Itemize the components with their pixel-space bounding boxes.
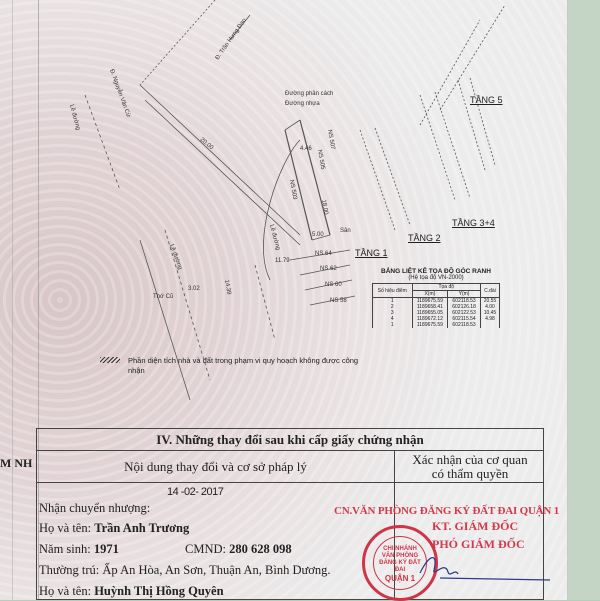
svg-text:Thớ Cũ: Thớ Cũ [153,294,173,300]
coordinate-table: BẢNG LIỆT KÊ TỌA ĐỘ GÓC RANH (Hệ tọa độ … [372,268,500,328]
svg-text:NS 505: NS 505 [316,149,325,170]
signature [400,548,560,588]
header-x: X(m) [412,291,448,298]
residence-label: Thường trú: [39,563,99,577]
svg-text:NS 507: NS 507 [326,129,335,150]
confirmation-header-line1: Xác nhận của cơ quan [395,453,545,467]
owner2-name-line: Họ và tên: Huỳnh Thị Hồng Quyên [39,584,224,599]
margin-text: M NH [0,456,32,471]
confirmation-header-line2: có thẩm quyền [395,467,545,481]
svg-text:18.00: 18.00 [320,199,329,215]
issuing-office: CN.VĂN PHÒNG ĐĂNG KÝ ĐẤT ĐAI QUẬN 1 [334,505,559,517]
floor-label-1: TẦNG 1 [355,248,388,258]
birth-label: Năm sinh: [39,542,91,556]
column-confirmation-header: Xác nhận của cơ quan có thẩm quyền [394,451,545,482]
legend-text: Phần diện tích nhà và đất trong phạm vi … [128,356,358,375]
birth-value: 1971 [94,542,119,556]
owner-name-value: Trần Anh Trương [94,521,189,535]
cell-y: 602118.53 [448,322,481,328]
birth-line: Năm sinh: 1971 [39,542,119,557]
svg-text:Đ. Nguyễn Văn Cừ: Đ. Nguyễn Văn Cừ [108,68,132,118]
owner-name-line: Họ và tên: Trần Anh Trương [39,521,189,536]
owner2-name-label: Họ và tên: [39,584,91,598]
id-value: 280 628 098 [229,542,292,556]
svg-text:Đường phân cách: Đường phân cách [285,91,333,97]
header-coords: Tọa độ [412,284,480,291]
svg-text:NS 503: NS 503 [288,179,297,200]
residence-value: Ấp An Hòa, An Sơn, Thuận An, Bình Dương. [102,563,330,577]
svg-text:NS 60: NS 60 [325,282,342,288]
cell-x: 1189675.59 [412,322,448,328]
svg-text:3.02: 3.02 [188,286,200,292]
transfer-label: Nhận chuyển nhượng: [39,501,150,516]
cell-point: 1 [373,322,413,328]
owner2-name-value: Huỳnh Thị Hồng Quyên [94,584,223,598]
svg-text:NS 62: NS 62 [320,266,337,272]
svg-text:Sân: Sân [340,228,351,234]
svg-text:Đường nhựa: Đường nhựa [285,101,320,107]
coordinate-table-subtitle: (Hệ tọa độ VN-2000) [372,275,500,281]
residence-line: Thường trú: Ấp An Hòa, An Sơn, Thuận An,… [39,563,331,578]
svg-text:14.39: 14.39 [223,279,232,295]
header-point: Số hiệu điểm [373,284,413,298]
svg-text:5.00: 5.00 [312,232,324,238]
coordinate-table-title: BẢNG LIỆT KÊ TỌA ĐỘ GÓC RANH [372,268,500,275]
photo-background: Đ. Nguyễn Văn Cừ Đ. Trần Hưng Đạo Lề đườ… [0,0,600,600]
header-y: Y(m) [448,291,481,298]
certificate-page: Đ. Nguyễn Văn Cừ Đ. Trần Hưng Đạo Lề đườ… [0,0,568,600]
svg-text:Lề đường: Lề đường [268,224,281,251]
change-date: 14 -02- 2017 [167,486,223,498]
svg-text:NS 58: NS 58 [330,298,347,304]
svg-text:20.00: 20.00 [199,137,215,152]
coordinate-row: 11189675.59602118.53 [373,322,500,328]
column-changes-header: Nội dung thay đổi và cơ sở pháp lý [37,451,394,482]
header-length: C.dài [480,284,499,298]
cell-length [480,322,499,328]
section-iv-title: IV. Những thay đổi sau khi cấp giấy chứn… [37,429,543,451]
svg-text:Lề đường: Lề đường [168,244,183,271]
hatch-swatch-icon [100,357,120,363]
svg-text:NS 64: NS 64 [315,251,332,257]
svg-text:Đ. Trần Hưng Đạo: Đ. Trần Hưng Đạo [215,17,248,61]
map-legend: Phần diện tích nhà và đất trong phạm vi … [128,356,368,376]
signer-role-1: KT. GIÁM ĐỐC [432,519,518,534]
floor-label-2: TẦNG 2 [408,233,441,243]
floor-label-5: TẦNG 5 [470,95,503,105]
id-label: CMND: [185,542,226,556]
id-line: CMND: 280 628 098 [185,542,292,557]
floor-label-3-4: TẦNG 3+4 [452,218,495,228]
svg-text:11.79: 11.79 [275,258,290,264]
svg-text:Lề đường: Lề đường [68,104,81,131]
owner-name-label: Họ và tên: [39,521,91,535]
svg-text:4.46: 4.46 [300,146,312,152]
